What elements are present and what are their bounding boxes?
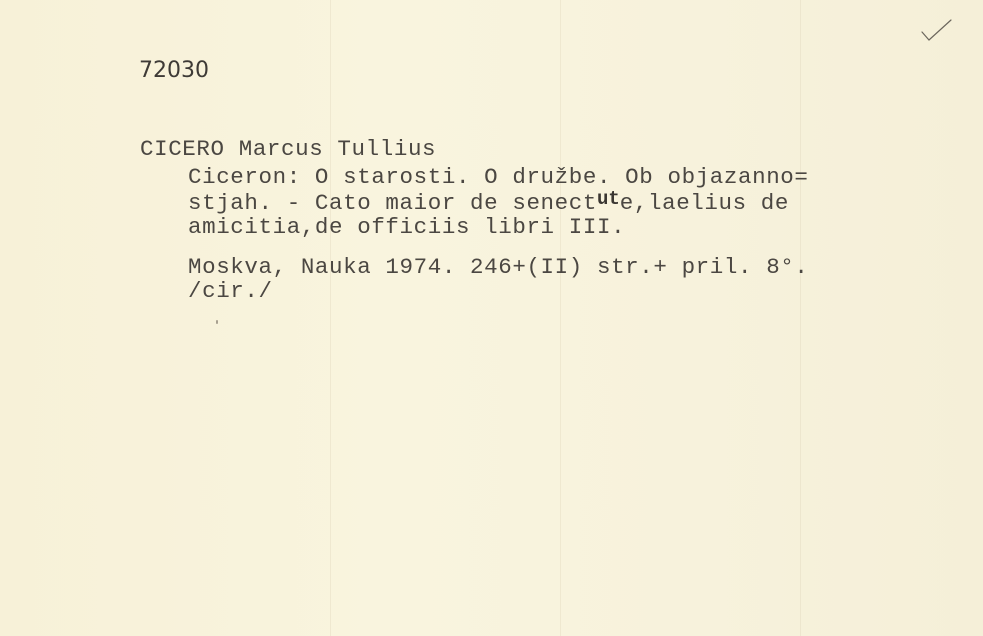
ink-speck — [216, 320, 218, 324]
title-line: amicitia,de officiis libri III. — [188, 216, 625, 238]
paper-texture — [560, 0, 561, 636]
check-icon — [918, 16, 954, 44]
imprint-line: /cir./ — [188, 280, 273, 302]
title-line: stjah. - Cato maior de senectute,laelius… — [188, 192, 789, 215]
title-line-text: stjah. - Cato maior de senect — [188, 190, 597, 216]
typo-raised-text: ut — [597, 188, 620, 210]
paper-texture — [800, 0, 801, 636]
paper-texture — [330, 0, 331, 636]
title-line-text: e,laelius de — [620, 190, 789, 216]
imprint-line: Moskva, Nauka 1974. 246+(II) str.+ pril.… — [188, 256, 809, 278]
title-line: Ciceron: O starosti. O družbe. Ob objaza… — [188, 166, 809, 188]
accession-number: 72030 — [139, 58, 209, 83]
catalog-card: 72030 CICERO Marcus Tullius Ciceron: O s… — [0, 0, 983, 636]
author-heading: CICERO Marcus Tullius — [140, 138, 436, 160]
